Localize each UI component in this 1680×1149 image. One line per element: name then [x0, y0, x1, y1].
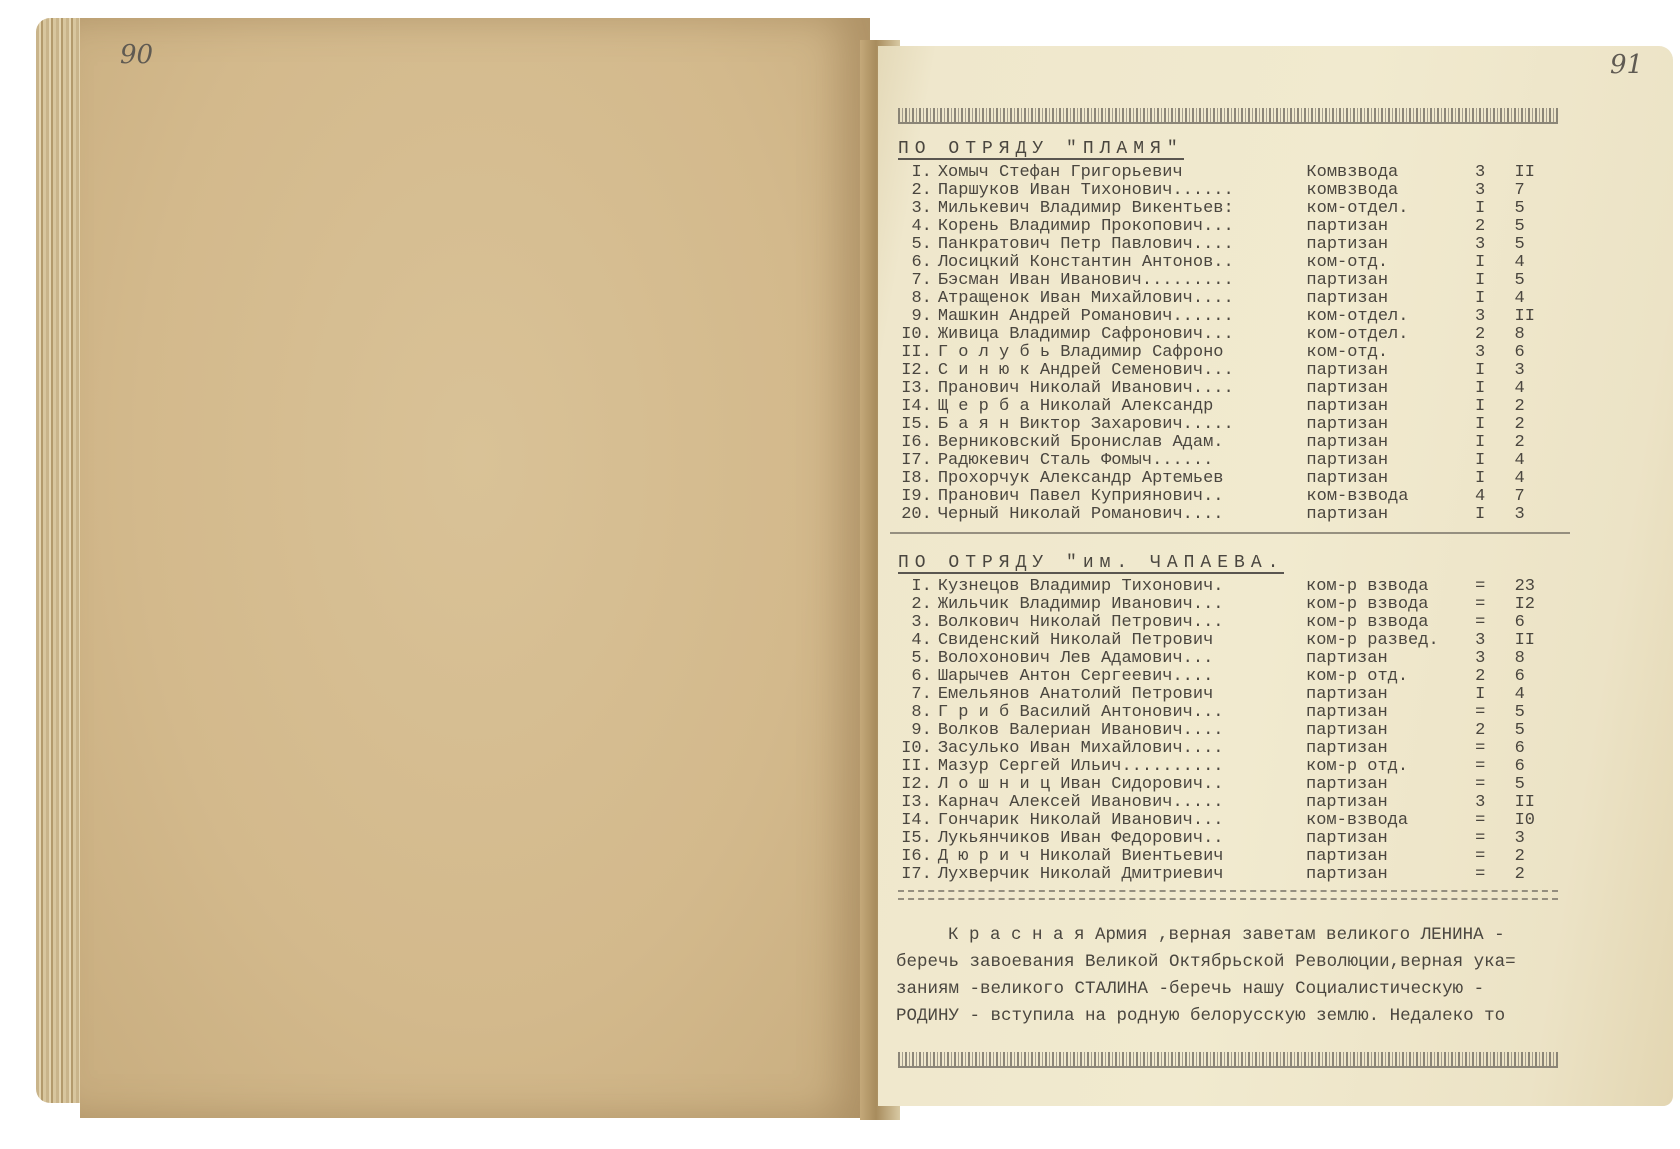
count-column-1: 3 — [1446, 182, 1515, 200]
rank: ком-взвода — [1306, 812, 1446, 830]
table-row: I2.Л о ш н и ц Иван Сидорович..партизан=… — [894, 776, 1564, 794]
count-column-2: 6 — [1515, 344, 1564, 362]
rank: партизан — [1306, 362, 1445, 380]
rank: партизан — [1306, 686, 1446, 704]
table-row: I.Хомыч Стефан ГригорьевичКомвзвода3II — [894, 164, 1564, 182]
count-column-1: I — [1446, 686, 1515, 704]
count-column-2: 5 — [1515, 272, 1564, 290]
row-number: I0. — [894, 326, 938, 344]
row-number: 8. — [894, 704, 938, 722]
row-number: 9. — [894, 308, 938, 326]
count-column-1: I — [1446, 290, 1515, 308]
table-row: 9.Машкин Андрей Романович......ком-отдел… — [894, 308, 1564, 326]
rank: ком-р отд. — [1306, 758, 1446, 776]
table-row: 8.Атращенок Иван Михайлович....партизанI… — [894, 290, 1564, 308]
row-number: I9. — [894, 488, 938, 506]
paragraph-line: беречь завоевания Великой Октябрьской Ре… — [896, 949, 1536, 976]
count-column-1: I — [1446, 272, 1515, 290]
person-name: Атращенок Иван Михайлович.... — [938, 290, 1307, 308]
person-name: Панкратович Петр Павлович.... — [938, 236, 1307, 254]
count-column-2: 8 — [1515, 650, 1564, 668]
table-row: I8.Прохорчук Александр АртемьевпартизанI… — [894, 470, 1564, 488]
rank: партизан — [1306, 380, 1445, 398]
count-column-1: I — [1446, 362, 1515, 380]
row-number: 6. — [894, 668, 938, 686]
count-column-2: 8 — [1515, 326, 1564, 344]
rank: партизан — [1306, 290, 1445, 308]
row-number: 4. — [894, 218, 938, 236]
person-name: Жильчик Владимир Иванович... — [938, 596, 1306, 614]
rank: ком-р взвода — [1306, 614, 1446, 632]
table-row: I7.Лухверчик Николай Дмитриевичпартизан=… — [894, 866, 1564, 884]
rank: партизан — [1306, 452, 1445, 470]
count-column-1: I — [1446, 200, 1515, 218]
count-column-2: 2 — [1515, 866, 1564, 884]
table-row: I3.Пранович Николай Иванович....партизан… — [894, 380, 1564, 398]
person-name: Верниковский Бронислав Адам. — [938, 434, 1307, 452]
row-number: I. — [894, 164, 938, 182]
rank: партизан — [1306, 704, 1446, 722]
row-number: 6. — [894, 254, 938, 272]
rank: комвзвода — [1306, 182, 1445, 200]
table-row: 9.Волков Валериан Иванович....партизан25 — [894, 722, 1564, 740]
count-column-2: 3 — [1515, 362, 1564, 380]
count-column-2: II — [1515, 164, 1564, 182]
rank: ком-взвода — [1306, 488, 1445, 506]
count-column-1: I — [1446, 380, 1515, 398]
person-name: Б а я н Виктор Захарович..... — [938, 416, 1307, 434]
rank: партизан — [1306, 848, 1446, 866]
count-column-1: I — [1446, 254, 1515, 272]
row-number: I7. — [894, 866, 938, 884]
paragraph-line: РОДИНУ - вступила на родную белорусскую … — [896, 1003, 1536, 1030]
page-number-right: 91 — [1610, 50, 1643, 80]
person-name: Мазур Сергей Ильич.......... — [938, 758, 1306, 776]
rank: ком-отд. — [1306, 344, 1445, 362]
row-number: I7. — [894, 452, 938, 470]
person-name: Волохонович Лев Адамович... — [938, 650, 1306, 668]
table-row: I0.Засулько Иван Михайлович....партизан=… — [894, 740, 1564, 758]
rank: ком-отд. — [1306, 254, 1445, 272]
count-column-1: I — [1446, 416, 1515, 434]
count-column-2: 2 — [1515, 848, 1564, 866]
roster-chapaeva: I.Кузнецов Владимир Тихонович.ком-р взво… — [894, 578, 1564, 884]
rank: партизан — [1306, 776, 1446, 794]
open-book: 90 91 ПО ОТРЯДУ "ПЛАМЯ" I.Хомыч Стефан Г… — [0, 0, 1680, 1149]
person-name: Волков Валериан Иванович.... — [938, 722, 1306, 740]
row-number: I6. — [894, 848, 938, 866]
count-column-2: 2 — [1515, 416, 1564, 434]
count-column-1: I — [1446, 506, 1515, 524]
roster-plamya: I.Хомыч Стефан ГригорьевичКомвзвода3II2.… — [894, 164, 1564, 524]
table-row: I6.Д ю р и ч Николай Виентьевичпартизан=… — [894, 848, 1564, 866]
rank: партизан — [1306, 740, 1446, 758]
row-number: I2. — [894, 362, 938, 380]
bottom-rule — [898, 1052, 1558, 1068]
person-name: Емельянов Анатолий Петрович — [938, 686, 1306, 704]
count-column-1: = — [1446, 866, 1515, 884]
count-column-1: I — [1446, 452, 1515, 470]
count-column-1: = — [1446, 830, 1515, 848]
person-name: Засулько Иван Михайлович.... — [938, 740, 1306, 758]
count-column-2: 2 — [1515, 434, 1564, 452]
table-row: I3.Карнач Алексей Иванович.....партизан3… — [894, 794, 1564, 812]
person-name: Живица Владимир Сафронович... — [938, 326, 1307, 344]
rank: партизан — [1306, 866, 1446, 884]
row-number: 2. — [894, 182, 938, 200]
count-column-1: 4 — [1446, 488, 1515, 506]
person-name: Г р и б Василий Антонович... — [938, 704, 1306, 722]
person-name: Волкович Николай Петрович... — [938, 614, 1306, 632]
count-column-1: 3 — [1446, 632, 1515, 650]
table-row: I4.Щ е р б а Николай АлександрпартизанI2 — [894, 398, 1564, 416]
row-number: I0. — [894, 740, 938, 758]
count-column-1: = — [1446, 740, 1515, 758]
count-column-1: I — [1446, 434, 1515, 452]
count-column-2: 4 — [1515, 470, 1564, 488]
count-column-2: 4 — [1515, 452, 1564, 470]
table-row: 3.Волкович Николай Петрович...ком-р взво… — [894, 614, 1564, 632]
rank: партизан — [1306, 434, 1445, 452]
table-row: I5.Лукьянчиков Иван Федорович..партизан=… — [894, 830, 1564, 848]
count-column-1: 2 — [1446, 668, 1515, 686]
count-column-2: 3 — [1515, 830, 1564, 848]
table-row: 5.Волохонович Лев Адамович...партизан38 — [894, 650, 1564, 668]
rank: партизан — [1306, 272, 1445, 290]
page-number-left: 90 — [120, 40, 153, 70]
row-number: I5. — [894, 416, 938, 434]
count-column-2: 5 — [1515, 200, 1564, 218]
row-number: 7. — [894, 686, 938, 704]
row-number: 20. — [894, 506, 938, 524]
row-number: II. — [894, 344, 938, 362]
top-rule — [898, 108, 1558, 124]
table-row: I7.Радюкевич Сталь Фомыч......партизанI4 — [894, 452, 1564, 470]
row-number: 4. — [894, 632, 938, 650]
rank: ком-отдел. — [1306, 200, 1445, 218]
rank: партизан — [1306, 506, 1445, 524]
person-name: Г о л у б ь Владимир Сафроно — [938, 344, 1307, 362]
count-column-2: 5 — [1515, 236, 1564, 254]
paragraph-line: К р а с н а я Армия ,верная заветам вели… — [896, 922, 1536, 949]
table-row: II.Мазур Сергей Ильич..........ком-р отд… — [894, 758, 1564, 776]
count-column-2: 5 — [1515, 776, 1564, 794]
count-column-1: = — [1446, 776, 1515, 794]
count-column-2: 4 — [1515, 686, 1564, 704]
count-column-2: 4 — [1515, 254, 1564, 272]
person-name: Кузнецов Владимир Тихонович. — [938, 578, 1306, 596]
count-column-2: 5 — [1515, 218, 1564, 236]
person-name: Пранович Николай Иванович.... — [938, 380, 1307, 398]
person-name: Лосицкий Константин Антонов.. — [938, 254, 1307, 272]
table-row: I.Кузнецов Владимир Тихонович.ком-р взво… — [894, 578, 1564, 596]
row-number: I8. — [894, 470, 938, 488]
table-row: 6.Лосицкий Константин Антонов..ком-отд.I… — [894, 254, 1564, 272]
person-name: Хомыч Стефан Григорьевич — [938, 164, 1307, 182]
row-number: I5. — [894, 830, 938, 848]
rank: ком-р взвода — [1306, 578, 1446, 596]
count-column-2: 7 — [1515, 182, 1564, 200]
section-divider — [890, 532, 1570, 534]
rank: ком-р взвода — [1306, 596, 1446, 614]
person-name: Щ е р б а Николай Александр — [938, 398, 1307, 416]
count-column-1: = — [1446, 614, 1515, 632]
count-column-1: I — [1446, 470, 1515, 488]
count-column-1: = — [1446, 704, 1515, 722]
person-name: Лукьянчиков Иван Федорович.. — [938, 830, 1306, 848]
person-name: Пранович Павел Куприянович.. — [938, 488, 1307, 506]
row-number: 3. — [894, 200, 938, 218]
table-row: 2.Жильчик Владимир Иванович...ком-р взво… — [894, 596, 1564, 614]
table-row: I5.Б а я н Виктор Захарович.....партизан… — [894, 416, 1564, 434]
table-row: II.Г о л у б ь Владимир Сафроноком-отд.3… — [894, 344, 1564, 362]
rank: партизан — [1306, 470, 1445, 488]
left-page-blank — [80, 18, 870, 1118]
row-number: 9. — [894, 722, 938, 740]
person-name: Прохорчук Александр Артемьев — [938, 470, 1307, 488]
table-row: I6.Верниковский Бронислав Адам.партизанI… — [894, 434, 1564, 452]
table-row: 7.Емельянов Анатолий ПетровичпартизанI4 — [894, 686, 1564, 704]
table-row: 8.Г р и б Василий Антонович...партизан=5 — [894, 704, 1564, 722]
row-number: 8. — [894, 290, 938, 308]
table-row: I4.Гончарик Николай Иванович...ком-взвод… — [894, 812, 1564, 830]
rank: ком-отдел. — [1306, 308, 1445, 326]
count-column-2: 7 — [1515, 488, 1564, 506]
count-column-2: 5 — [1515, 704, 1564, 722]
count-column-1: 2 — [1446, 326, 1515, 344]
rank: ком-р развед. — [1306, 632, 1446, 650]
rank: партизан — [1306, 236, 1445, 254]
count-column-2: 6 — [1515, 758, 1564, 776]
person-name: Свиденский Николай Петрович — [938, 632, 1306, 650]
table-row: 20.Черный Николай Романович....партизанI… — [894, 506, 1564, 524]
rank: партизан — [1306, 830, 1446, 848]
person-name: Черный Николай Романович.... — [938, 506, 1307, 524]
count-column-2: 4 — [1515, 380, 1564, 398]
person-name: Машкин Андрей Романович...... — [938, 308, 1307, 326]
person-name: Радюкевич Сталь Фомыч...... — [938, 452, 1307, 470]
count-column-2: 23 — [1515, 578, 1564, 596]
narrative-paragraph: К р а с н а я Армия ,верная заветам вели… — [896, 922, 1536, 1030]
person-name: Л о ш н и ц Иван Сидорович.. — [938, 776, 1306, 794]
row-number: II. — [894, 758, 938, 776]
count-column-2: II — [1515, 794, 1564, 812]
table-row: 5.Панкратович Петр Павлович....партизан3… — [894, 236, 1564, 254]
table-row: 4.Корень Владимир Прокопович...партизан2… — [894, 218, 1564, 236]
rank: ком-р отд. — [1306, 668, 1446, 686]
row-number: I4. — [894, 398, 938, 416]
count-column-2: 6 — [1515, 668, 1564, 686]
count-column-1: I — [1446, 398, 1515, 416]
person-name: Карнач Алексей Иванович..... — [938, 794, 1306, 812]
count-column-2: 4 — [1515, 290, 1564, 308]
rank: партизан — [1306, 218, 1445, 236]
count-column-1: 2 — [1446, 218, 1515, 236]
count-column-1: = — [1446, 596, 1515, 614]
rank: ком-отдел. — [1306, 326, 1445, 344]
count-column-1: 3 — [1446, 308, 1515, 326]
person-name: Бэсман Иван Иванович......... — [938, 272, 1307, 290]
row-number: 2. — [894, 596, 938, 614]
table-row: 4.Свиденский Николай Петровичком-р разве… — [894, 632, 1564, 650]
table-row: 2.Паршуков Иван Тихонович......комвзвода… — [894, 182, 1564, 200]
person-name: С и н ю к Андрей Семенович... — [938, 362, 1307, 380]
count-column-1: 3 — [1446, 164, 1515, 182]
row-number: I3. — [894, 380, 938, 398]
section-title-chapaeva: ПО ОТРЯДУ "им. ЧАПАЕВА. — [898, 554, 1284, 574]
count-column-2: 2 — [1515, 398, 1564, 416]
row-number: 3. — [894, 614, 938, 632]
table-row: 7.Бэсман Иван Иванович.........партизанI… — [894, 272, 1564, 290]
person-name: Милькевич Владимир Викентьев: — [938, 200, 1307, 218]
row-number: I3. — [894, 794, 938, 812]
table-row: I2.С и н ю к Андрей Семенович...партизан… — [894, 362, 1564, 380]
typewritten-document: ПО ОТРЯДУ "ПЛАМЯ" I.Хомыч Стефан Григорь… — [894, 108, 1564, 1068]
person-name: Паршуков Иван Тихонович...... — [938, 182, 1307, 200]
count-column-2: I0 — [1515, 812, 1564, 830]
person-name: Д ю р и ч Николай Виентьевич — [938, 848, 1306, 866]
count-column-1: = — [1446, 578, 1515, 596]
rank: партизан — [1306, 650, 1446, 668]
count-column-1: 3 — [1446, 344, 1515, 362]
row-number: I4. — [894, 812, 938, 830]
count-column-1: 2 — [1446, 722, 1515, 740]
count-column-1: 3 — [1446, 236, 1515, 254]
paragraph-line: заниям -великого СТАЛИНА -беречь нашу Со… — [896, 976, 1536, 1003]
rank: партизан — [1306, 794, 1446, 812]
person-name: Корень Владимир Прокопович... — [938, 218, 1307, 236]
table-row: I0.Живица Владимир Сафронович...ком-отде… — [894, 326, 1564, 344]
count-column-1: 3 — [1446, 650, 1515, 668]
rank: партизан — [1306, 416, 1445, 434]
double-dashed-rule — [898, 890, 1558, 900]
row-number: I2. — [894, 776, 938, 794]
count-column-1: 3 — [1446, 794, 1515, 812]
rank: партизан — [1306, 722, 1446, 740]
count-column-1: = — [1446, 848, 1515, 866]
row-number: I. — [894, 578, 938, 596]
count-column-1: = — [1446, 812, 1515, 830]
row-number: 7. — [894, 272, 938, 290]
table-row: 6.Шарычев Антон Сергеевич....ком-р отд.2… — [894, 668, 1564, 686]
row-number: 5. — [894, 650, 938, 668]
count-column-2: II — [1515, 632, 1564, 650]
count-column-2: II — [1515, 308, 1564, 326]
table-row: 3.Милькевич Владимир Викентьев:ком-отдел… — [894, 200, 1564, 218]
count-column-2: 6 — [1515, 740, 1564, 758]
row-number: 5. — [894, 236, 938, 254]
count-column-2: I2 — [1515, 596, 1564, 614]
rank: партизан — [1306, 398, 1445, 416]
count-column-2: 3 — [1515, 506, 1564, 524]
row-number: I6. — [894, 434, 938, 452]
rank: Комвзвода — [1306, 164, 1445, 182]
count-column-1: = — [1446, 758, 1515, 776]
count-column-2: 5 — [1515, 722, 1564, 740]
table-row: I9.Пранович Павел Куприянович..ком-взвод… — [894, 488, 1564, 506]
person-name: Шарычев Антон Сергеевич.... — [938, 668, 1306, 686]
count-column-2: 6 — [1515, 614, 1564, 632]
section-title-plamya: ПО ОТРЯДУ "ПЛАМЯ" — [898, 140, 1184, 160]
person-name: Лухверчик Николай Дмитриевич — [938, 866, 1306, 884]
person-name: Гончарик Николай Иванович... — [938, 812, 1306, 830]
